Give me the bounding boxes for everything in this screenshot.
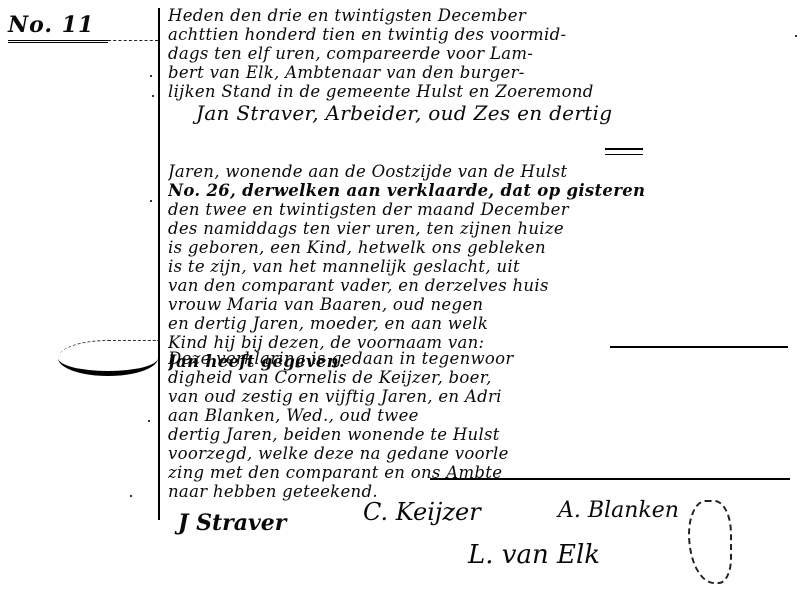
- text-line: vrouw Maria van Baaren, oud negen: [168, 295, 788, 314]
- text-line: is te zijn, van het mannelijk geslacht, …: [168, 257, 788, 276]
- scan-speck: [148, 420, 150, 422]
- text-line: dags ten elf uren, compareerde voor Lam-: [168, 44, 788, 63]
- signature-declarant: J Straver: [178, 510, 286, 536]
- text-line: achttien honderd tien en twintig des voo…: [168, 25, 788, 44]
- text-line: digheid van Cornelis de Keijzer, boer,: [168, 368, 788, 387]
- record-paragraph-2: Jaren, wonende aan de Oostzijde van de H…: [168, 162, 788, 371]
- record-paragraph-1: Heden den drie en twintigsten December a…: [168, 6, 788, 125]
- signature-witness-1: C. Keijzer: [363, 498, 481, 526]
- margin-rule: [158, 8, 160, 520]
- margin-flourish-mark: [58, 340, 158, 376]
- scan-speck: [152, 95, 154, 97]
- text-line: van den comparant vader, en derzelves hu…: [168, 276, 788, 295]
- entry-number: No. 11: [8, 12, 108, 43]
- text-line: voorzegd, welke deze na gedane voorle: [168, 444, 788, 463]
- signature-area: J Straver C. Keijzer A. Blanken L. van E…: [168, 490, 788, 600]
- scanned-register-page: No. 11 Heden den drie en twintigsten Dec…: [0, 0, 800, 600]
- text-line: des namiddags ten vier uren, ten zijnen …: [168, 219, 788, 238]
- margin-connector-stroke: [108, 40, 158, 42]
- signature-witness-2: A. Blanken: [558, 498, 679, 523]
- signature-registrar: L. van Elk: [468, 540, 600, 570]
- text-line: Jaren, wonende aan de Oostzijde van de H…: [168, 162, 788, 181]
- fill-rule: [610, 346, 788, 348]
- text-line: bert van Elk, Ambtenaar van den burger-: [168, 63, 788, 82]
- scan-speck: [795, 35, 797, 37]
- fill-rule: [430, 478, 790, 480]
- text-line: van oud zestig en vijftig Jaren, en Adri: [168, 387, 788, 406]
- scan-speck: [150, 75, 152, 77]
- scan-speck: [150, 200, 152, 202]
- declarant-name-line: Jan Straver, Arbeider, oud Zes en dertig: [168, 101, 788, 125]
- text-line: dertig Jaren, beiden wonende te Hulst: [168, 425, 788, 444]
- text-line: Heden den drie en twintigsten December: [168, 6, 788, 25]
- text-line: aan Blanken, Wed., oud twee: [168, 406, 788, 425]
- text-line: is geboren, een Kind, hetwelk ons geblek…: [168, 238, 788, 257]
- text-line: den twee en twintigsten der maand Decemb…: [168, 200, 788, 219]
- text-line: No. 26, derwelken aan verklaarde, dat op…: [168, 181, 788, 200]
- signature-flourish: [688, 500, 732, 584]
- scan-speck: [130, 495, 132, 497]
- text-line: Deze verklaring is gedaan in tegenwoor: [168, 349, 788, 368]
- section-divider: [605, 148, 643, 155]
- text-line: en dertig Jaren, moeder, en aan welk: [168, 314, 788, 333]
- text-line: lijken Stand in de gemeente Hulst en Zoe…: [168, 82, 788, 101]
